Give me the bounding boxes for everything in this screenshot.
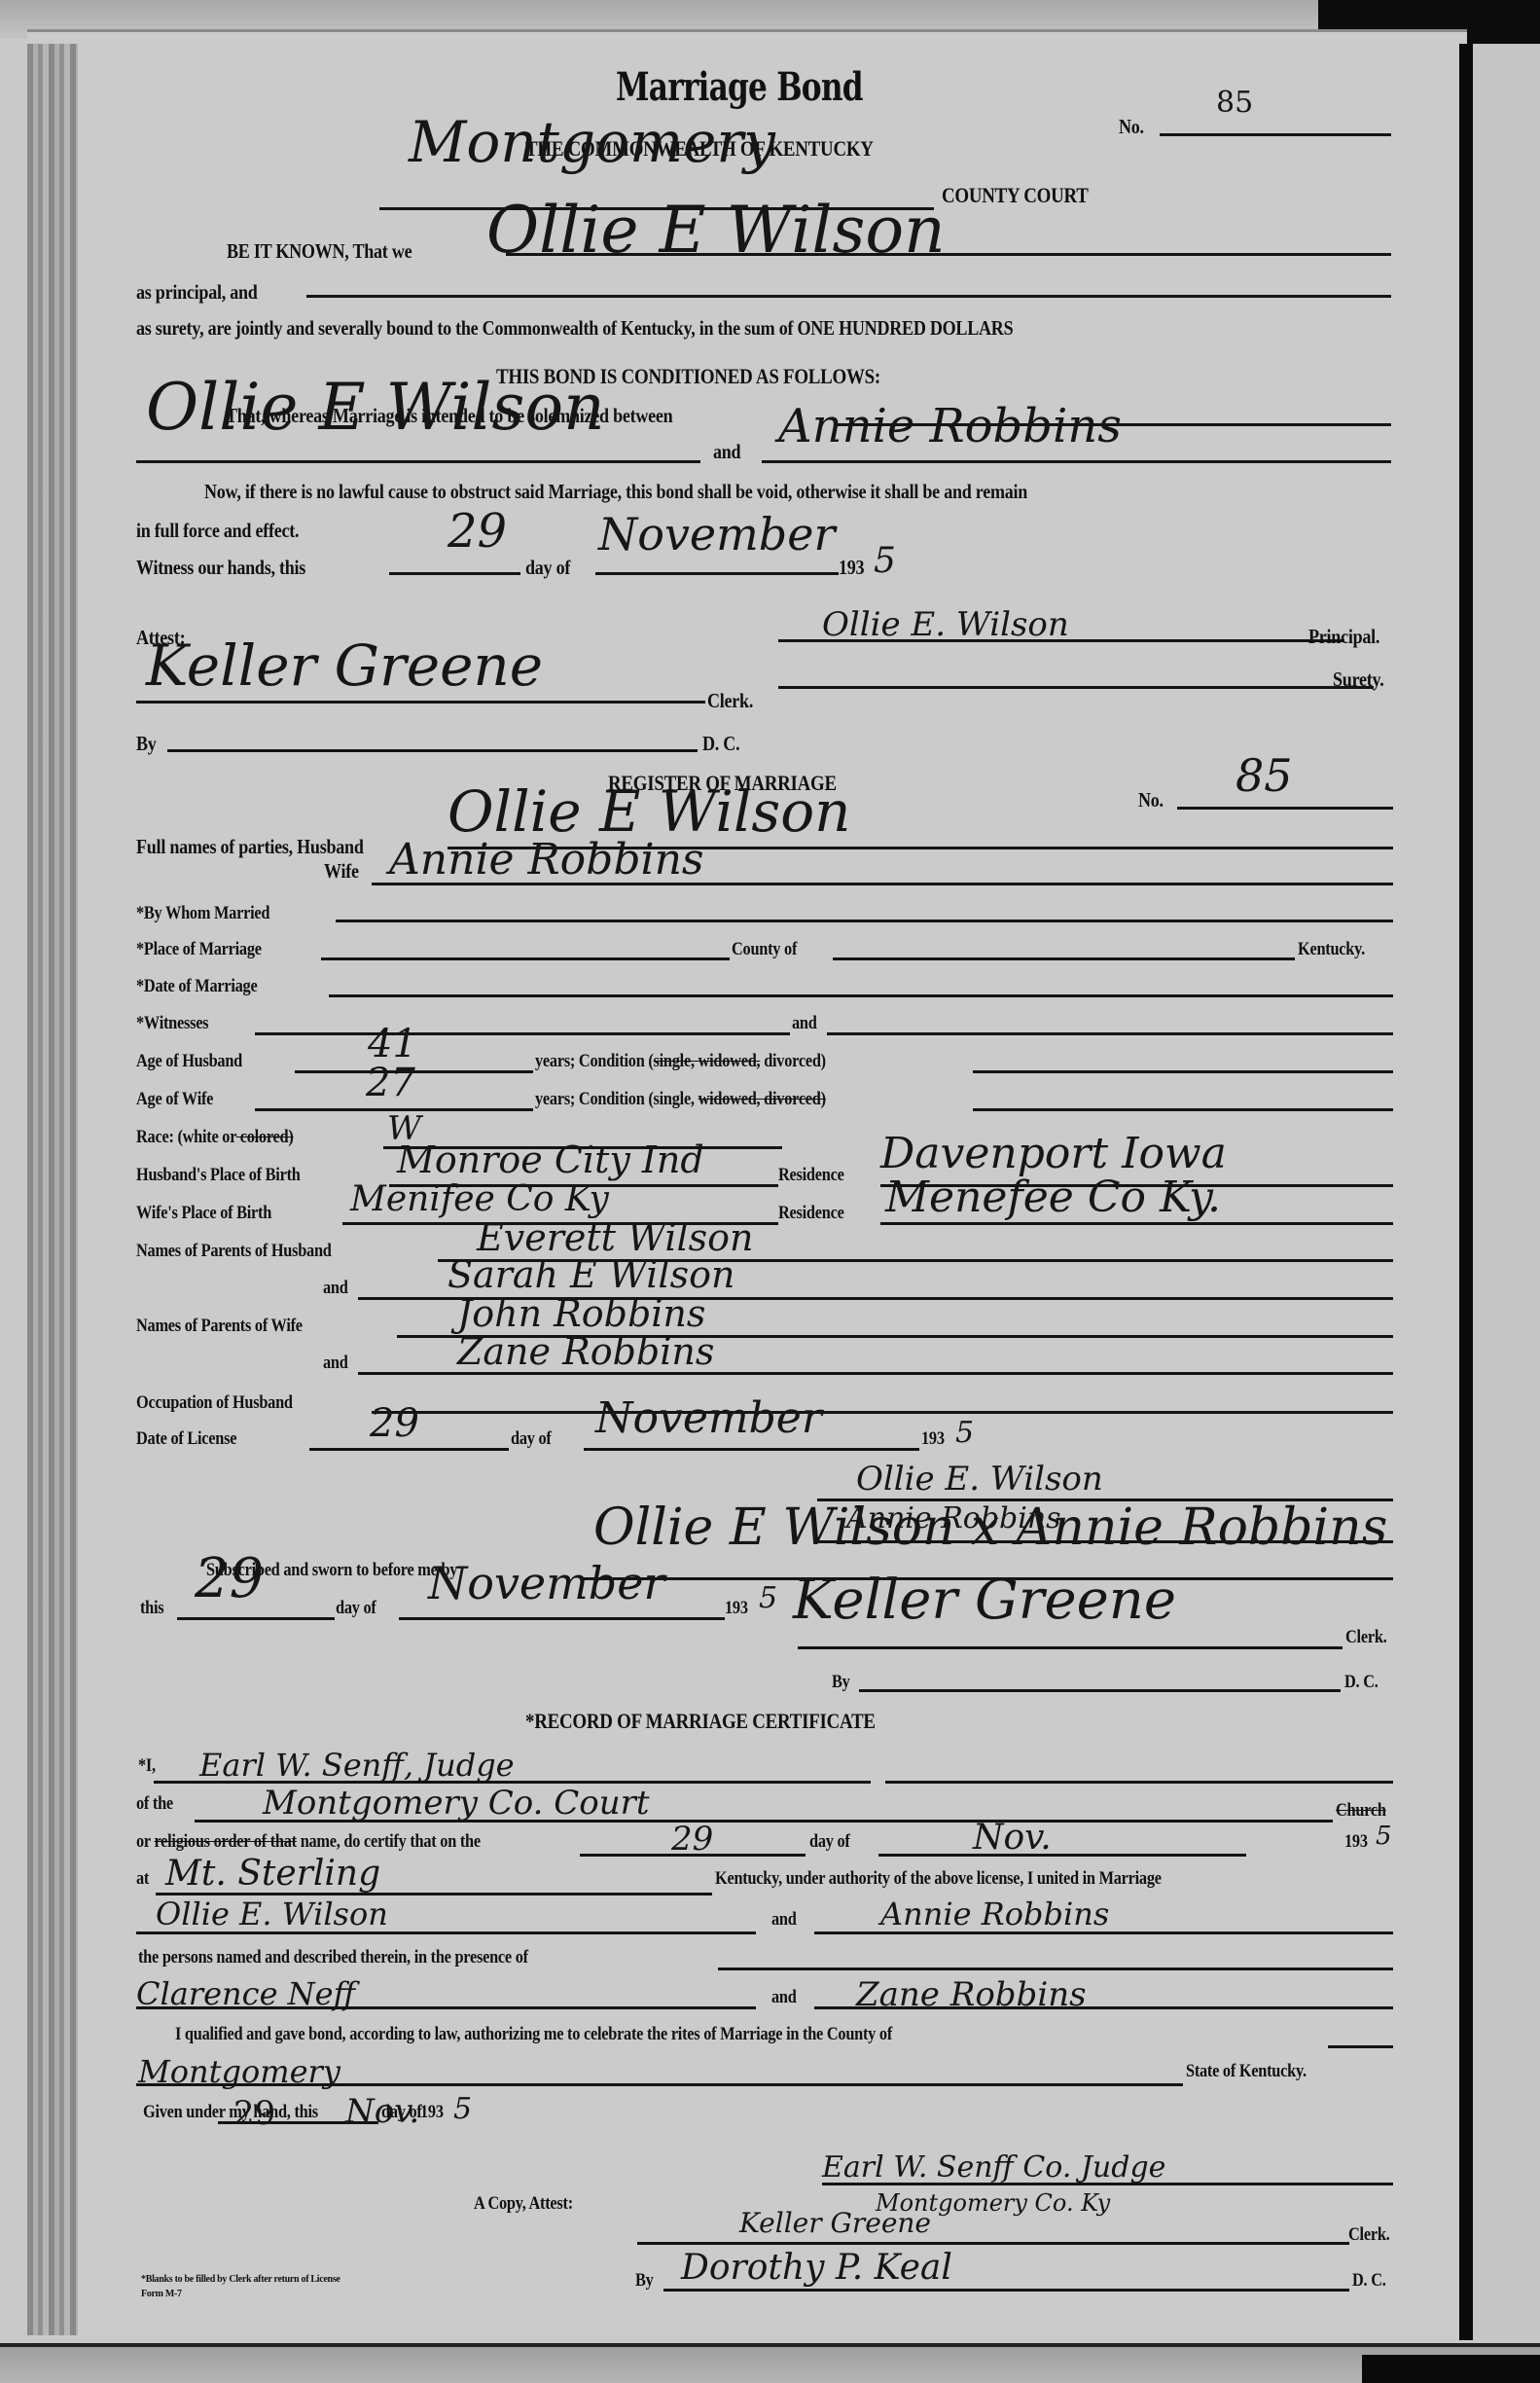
bond-day-handwritten: 29 <box>448 504 507 559</box>
date-of-marriage-line <box>329 994 1393 997</box>
state-of-kentucky-label: State of Kentucky. <box>1186 2061 1307 2082</box>
condition-wife-prefix: years; Condition (single, <box>535 1089 698 1109</box>
principal-signature-handwritten: Ollie E. Wilson <box>822 605 1069 644</box>
cert-witness2-line <box>814 2006 1393 2009</box>
condition-wife-line <box>973 1108 1393 1111</box>
presence-clause: the persons named and described therein,… <box>138 1947 528 1968</box>
and-label: and <box>713 440 740 464</box>
principal-signature-line <box>778 639 1344 642</box>
principal-label: Principal. <box>1308 625 1379 649</box>
race-label-text: Race: (white or <box>136 1127 236 1147</box>
bond-year-handwritten: 5 <box>874 541 896 581</box>
license-year-prefix: 193 <box>921 1428 945 1450</box>
sworn-day-handwritten: 29 <box>195 1547 264 1610</box>
groom-name-handwritten: Ollie E Wilson <box>146 370 605 445</box>
mother-wife-line <box>358 1372 1393 1375</box>
judge-signature-handwritten: Earl W. Senff Co. Judge <box>822 2150 1165 2184</box>
cert-day-line <box>580 1854 806 1857</box>
register-dc-label: D. C. <box>1344 1672 1379 1693</box>
copy-clerk-label: Clerk. <box>1348 2224 1389 2246</box>
surety-signature-line <box>778 686 1374 689</box>
condition-husband-line <box>973 1070 1393 1073</box>
license-day-handwritten: 29 <box>370 1401 419 1446</box>
race-struck: colored) <box>236 1127 294 1147</box>
race-label: Race: (white or colored) <box>136 1127 294 1148</box>
sworn-day-of-label: day of <box>336 1598 376 1619</box>
page-binding-strip <box>27 44 78 2335</box>
day-of-label: day of <box>525 556 570 580</box>
bond-month-line <box>595 572 839 575</box>
cert-groom-line <box>136 1932 756 1934</box>
cert-year-handwritten: 5 <box>1376 1822 1392 1851</box>
license-year-handwritten: 5 <box>955 1416 974 1450</box>
or-text: or <box>136 1831 151 1852</box>
sworn-month-line <box>399 1617 725 1620</box>
given-under-hand-label: Given under my hand, this <box>143 2102 318 2123</box>
scan-bottom-shadow <box>1362 2355 1540 2383</box>
husband-birthplace-handwritten: Monroe City Ind <box>397 1138 704 1181</box>
surety-name-line <box>306 295 1391 298</box>
blanks-footnote: *Blanks to be filled by Clerk after retu… <box>141 2274 340 2285</box>
cert-witness-and-label: and <box>771 1987 797 2008</box>
wife-birthplace-handwritten: Menifee Co Ky <box>350 1179 609 1219</box>
license-day-line <box>309 1448 509 1451</box>
condition-husband-divorced: divorced) <box>760 1051 825 1071</box>
wife-residence-line <box>880 1222 1393 1225</box>
copy-clerk-signature-handwritten: Keller Greene <box>739 2207 931 2239</box>
cert-witness1-line <box>136 2006 756 2009</box>
presence-line <box>718 1968 1393 1970</box>
place-of-marriage-line <box>321 957 730 960</box>
bride-name-handwritten: Annie Robbins <box>778 399 1122 453</box>
mother-wife-handwritten: Zane Robbins <box>457 1330 714 1373</box>
couple-signature-handwritten: Ollie E Wilson x Annie Robbins <box>593 1498 1387 1557</box>
wife-residence-handwritten: Menefee Co Ky. <box>885 1173 1221 1222</box>
parents-husband-label: Names of Parents of Husband <box>136 1241 332 1262</box>
church-struck-label: Church <box>1336 1800 1386 1822</box>
copy-dc-label: D. C. <box>1352 2270 1386 2292</box>
religious-order-struck: religious order of that <box>154 1831 296 1852</box>
cert-day-of-label: day of <box>809 1831 850 1853</box>
groom-signature-small-handwritten: Ollie E. Wilson <box>856 1460 1103 1498</box>
kentucky-authority-clause: Kentucky, under authority of the above l… <box>715 1868 1162 1890</box>
principal-name-handwritten: Ollie E Wilson <box>486 193 946 268</box>
bond-day-line <box>389 572 520 575</box>
condition-wife-struck: widowed, divorced) <box>698 1089 826 1109</box>
officiant-handwritten: Earl W. Senff, Judge <box>199 1747 515 1784</box>
bond-month-handwritten: November <box>598 508 835 560</box>
husband-label: Full names of parties, Husband <box>136 835 364 859</box>
age-wife-handwritten: 27 <box>366 1061 415 1105</box>
husband-birthplace-label: Husband's Place of Birth <box>136 1165 301 1186</box>
full-force-label: in full force and effect. <box>136 519 299 543</box>
given-year-handwritten: 5 <box>453 2092 472 2126</box>
wife-residence-label: Residence <box>778 1203 844 1224</box>
county-of-label: County of <box>732 939 797 960</box>
license-day-of-label: day of <box>511 1428 552 1450</box>
by-whom-married-label: *By Whom Married <box>136 903 269 924</box>
given-day-handwritten: 29 <box>233 2094 275 2133</box>
form-number: Form M-7 <box>141 2289 182 2299</box>
cert-bride-line <box>814 1932 1393 1934</box>
clerk-label: Clerk. <box>707 689 753 713</box>
adjacent-page-edge <box>1473 44 1540 2340</box>
condition-husband-struck: single, widowed, <box>654 1051 761 1071</box>
bride-line <box>762 460 1391 463</box>
parents-wife-label: Names of Parents of Wife <box>136 1316 303 1337</box>
bond-no-value: 85 <box>1216 86 1253 120</box>
sworn-year-prefix: 193 <box>725 1598 748 1619</box>
wife-birthplace-label: Wife's Place of Birth <box>136 1203 271 1224</box>
this-label: this <box>140 1598 163 1619</box>
occupation-label: Occupation of Husband <box>136 1392 293 1414</box>
age-wife-label: Age of Wife <box>136 1089 213 1110</box>
certify-clause: or religious order of that name, do cert… <box>136 1831 481 1853</box>
witnesses-label: *Witnesses <box>136 1013 208 1034</box>
husband-residence-label: Residence <box>778 1165 844 1186</box>
judge-signature-line <box>822 2183 1393 2185</box>
given-year-prefix: 193 <box>420 2102 444 2123</box>
certify-text: name, do certify that on the <box>297 1831 481 1852</box>
of-the-label: of the <box>136 1793 173 1815</box>
condition-wife: years; Condition (single, widowed, divor… <box>535 1089 826 1110</box>
cert-and-label: and <box>771 1909 797 1931</box>
copy-by-label: By <box>635 2270 654 2292</box>
date-of-marriage-label: *Date of Marriage <box>136 976 257 997</box>
county-of-line <box>833 957 1295 960</box>
mother-husband-handwritten: Sarah E Wilson <box>448 1253 734 1296</box>
cert-month-handwritten: Nov. <box>973 1818 1052 1858</box>
father-wife-handwritten: John Robbins <box>457 1292 705 1335</box>
cert-month-line <box>878 1854 1246 1857</box>
license-month-line <box>584 1448 919 1451</box>
clerk-signature-handwritten: Keller Greene <box>146 632 543 699</box>
be-it-known-label: BE IT KNOWN, That we <box>227 239 412 264</box>
as-principal-label: as principal, and <box>136 280 258 305</box>
certificate-title: *RECORD OF MARRIAGE CERTIFICATE <box>525 1709 876 1734</box>
officiant-body-handwritten: Montgomery Co. Court <box>263 1784 650 1823</box>
by-whom-married-line <box>336 920 1393 922</box>
age-husband-label: Age of Husband <box>136 1051 242 1072</box>
marriage-place-handwritten: Mt. Sterling <box>165 1854 380 1894</box>
cert-bride-handwritten: Annie Robbins <box>880 1896 1109 1932</box>
occupation-line <box>372 1411 1393 1414</box>
register-no-line <box>1177 807 1393 810</box>
copy-clerk-line <box>637 2242 1349 2245</box>
scan-bottom-edge <box>0 2343 1540 2383</box>
cert-groom-handwritten: Ollie E. Wilson <box>156 1896 388 1932</box>
cert-county-line <box>136 2083 1183 2086</box>
wife-label: Wife <box>324 859 359 884</box>
officiant-body-line <box>195 1820 1333 1823</box>
deputy-signature-handwritten: Dorothy P. Keal <box>681 2248 952 2288</box>
county-handwritten: Montgomery <box>409 109 775 175</box>
bond-title: Marriage Bond <box>616 64 863 110</box>
sworn-day-line <box>177 1617 335 1620</box>
register-deputy-line <box>859 1689 1341 1692</box>
surety-clause: as surety, are jointly and severally bou… <box>136 316 1013 341</box>
now-if-clause: Now, if there is no lawful cause to obst… <box>204 480 1027 504</box>
qualified-county-line <box>1328 2045 1393 2048</box>
officiant-title-line <box>885 1781 1393 1784</box>
witness-hands-label: Witness our hands, this <box>136 556 305 580</box>
wife-name-handwritten: Annie Robbins <box>389 835 704 885</box>
bond-no-label: No. <box>1119 115 1144 139</box>
given-month-handwritten: Nov. <box>345 2092 419 2131</box>
sworn-month-handwritten: November <box>428 1557 664 1609</box>
at-label: at <box>136 1868 149 1890</box>
register-clerk-label: Clerk. <box>1345 1627 1386 1648</box>
register-no-handwritten: 85 <box>1236 749 1293 802</box>
register-clerk-line <box>798 1646 1343 1649</box>
groom-line <box>136 460 700 463</box>
kentucky-label: Kentucky. <box>1298 939 1365 960</box>
principal-line <box>506 253 1391 256</box>
qualified-clause: I qualified and gave bond, according to … <box>175 2024 892 2045</box>
bond-year-prefix: 193 <box>839 556 864 580</box>
witness1-line <box>255 1032 790 1035</box>
copy-deputy-line <box>663 2289 1349 2292</box>
book-gutter <box>1459 44 1473 2340</box>
dc-label: D. C. <box>702 732 739 756</box>
wife-name-line <box>372 883 1393 885</box>
cert-year-prefix: 193 <box>1344 1831 1368 1853</box>
register-no-label: No. <box>1138 788 1164 812</box>
license-date-label: Date of License <box>136 1428 236 1450</box>
deputy-line <box>167 749 698 752</box>
copy-attest-label: A Copy, Attest: <box>474 2193 573 2215</box>
parents-wife-and: and <box>323 1353 348 1374</box>
husband-residence-handwritten: Davenport Iowa <box>880 1129 1227 1178</box>
by-label: By <box>136 732 157 756</box>
register-by-label: By <box>832 1672 850 1693</box>
sworn-year-handwritten: 5 <box>759 1581 777 1615</box>
parents-husband-and: and <box>323 1278 348 1299</box>
license-month-handwritten: November <box>595 1393 822 1443</box>
condition-husband: years; Condition (single, widowed, divor… <box>535 1051 826 1072</box>
witness2-line <box>827 1032 1393 1035</box>
clerk-signature-line <box>136 701 705 704</box>
bond-no-line <box>1160 133 1391 136</box>
condition-husband-prefix: years; Condition ( <box>535 1051 654 1071</box>
surety-label: Surety. <box>1333 668 1384 692</box>
cert-day-handwritten: 29 <box>671 1820 713 1859</box>
officiant-i-label: *I, <box>138 1755 156 1777</box>
place-of-marriage-label: *Place of Marriage <box>136 939 262 960</box>
county-court-label: COUNTY COURT <box>942 183 1089 208</box>
register-clerk-signature-handwritten: Keller Greene <box>793 1569 1176 1632</box>
witnesses-and-label: and <box>792 1013 817 1034</box>
